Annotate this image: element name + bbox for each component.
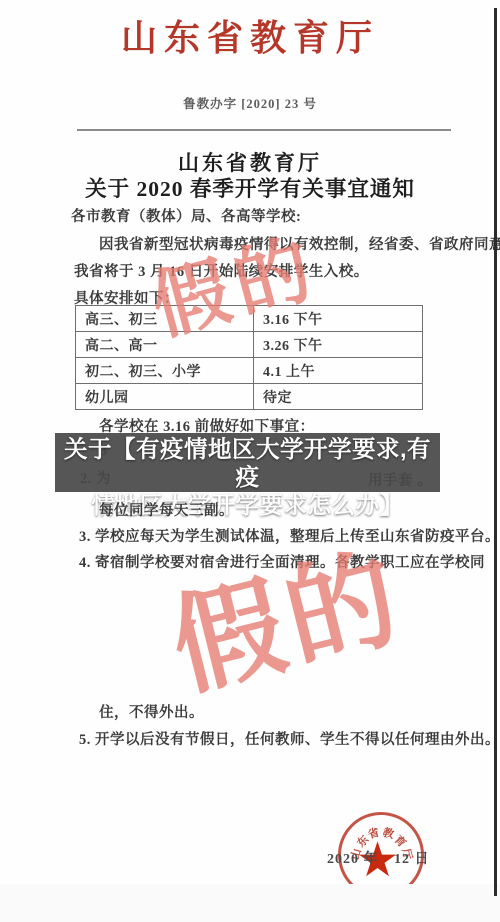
- table-cell-date: 3.26 下午: [254, 332, 423, 358]
- table-cell-group: 高二、高一: [76, 332, 254, 358]
- fake-notice-photo: 山东省教育厅 鲁教办字 [2020] 23 号 山东省教育厅 关于 2020 春…: [0, 0, 500, 922]
- photo-right-edge-line: [494, 8, 497, 896]
- seal-date-year: 2020 年: [327, 848, 379, 868]
- table-cell-group: 幼儿园: [76, 384, 254, 410]
- table-row: 高二、高一 3.26 下午: [76, 332, 423, 358]
- document-number: 鲁教办字 [2020] 23 号: [0, 94, 500, 112]
- item3-line: 3. 学校应每天为学生测试体温，整理后上传至山东省防疫平台。: [79, 525, 500, 546]
- item5-line: 5. 开学以后没有节假日，任何教师、学生不得以任何理由外出。: [79, 728, 500, 749]
- schedule-table: 高三、初三 3.16 下午 高二、高一 3.26 下午 初二、初三、小学 4.1…: [75, 305, 423, 410]
- item2-continuation: 每位同学每天三副。: [99, 499, 234, 520]
- photo-bottom-band: [0, 884, 500, 922]
- header-divider: [77, 129, 451, 131]
- paragraph-line2: 我省将于 3 月 16 日开始陆续安排学生入校。: [74, 260, 369, 281]
- table-row: 高三、初三 3.16 下午: [76, 306, 423, 332]
- item4-line: 4. 寄宿制学校要对宿舍进行全面清理。各教学职工应在学校同: [79, 551, 485, 572]
- table-row: 幼儿园 待定: [76, 384, 423, 410]
- letterhead-title: 山东省教育厅: [0, 10, 500, 61]
- table-row: 初二、初三、小学 4.1 上午: [76, 358, 423, 384]
- notice-title-line2: 关于 2020 春季开学有关事宜通知: [0, 172, 500, 203]
- table-cell-date: 4.1 上午: [254, 358, 423, 384]
- item4-continuation: 住，不得外出。: [99, 701, 204, 722]
- paragraph-line1: 因我省新型冠状病毒疫情得以有效控制，经省委、省政府同意，: [99, 233, 500, 254]
- caption-line1: 关于【有疫情地区大学开学要求,有疫: [55, 435, 440, 491]
- table-cell-group: 高三、初三: [76, 306, 254, 332]
- table-cell-date: 待定: [254, 384, 423, 410]
- table-cell-date: 3.16 下午: [254, 306, 423, 332]
- table-cell-group: 初二、初三、小学: [76, 358, 254, 384]
- salutation: 各市教育（教体）局、各高等学校:: [71, 205, 301, 226]
- seal-date-day: 12 日: [394, 848, 430, 868]
